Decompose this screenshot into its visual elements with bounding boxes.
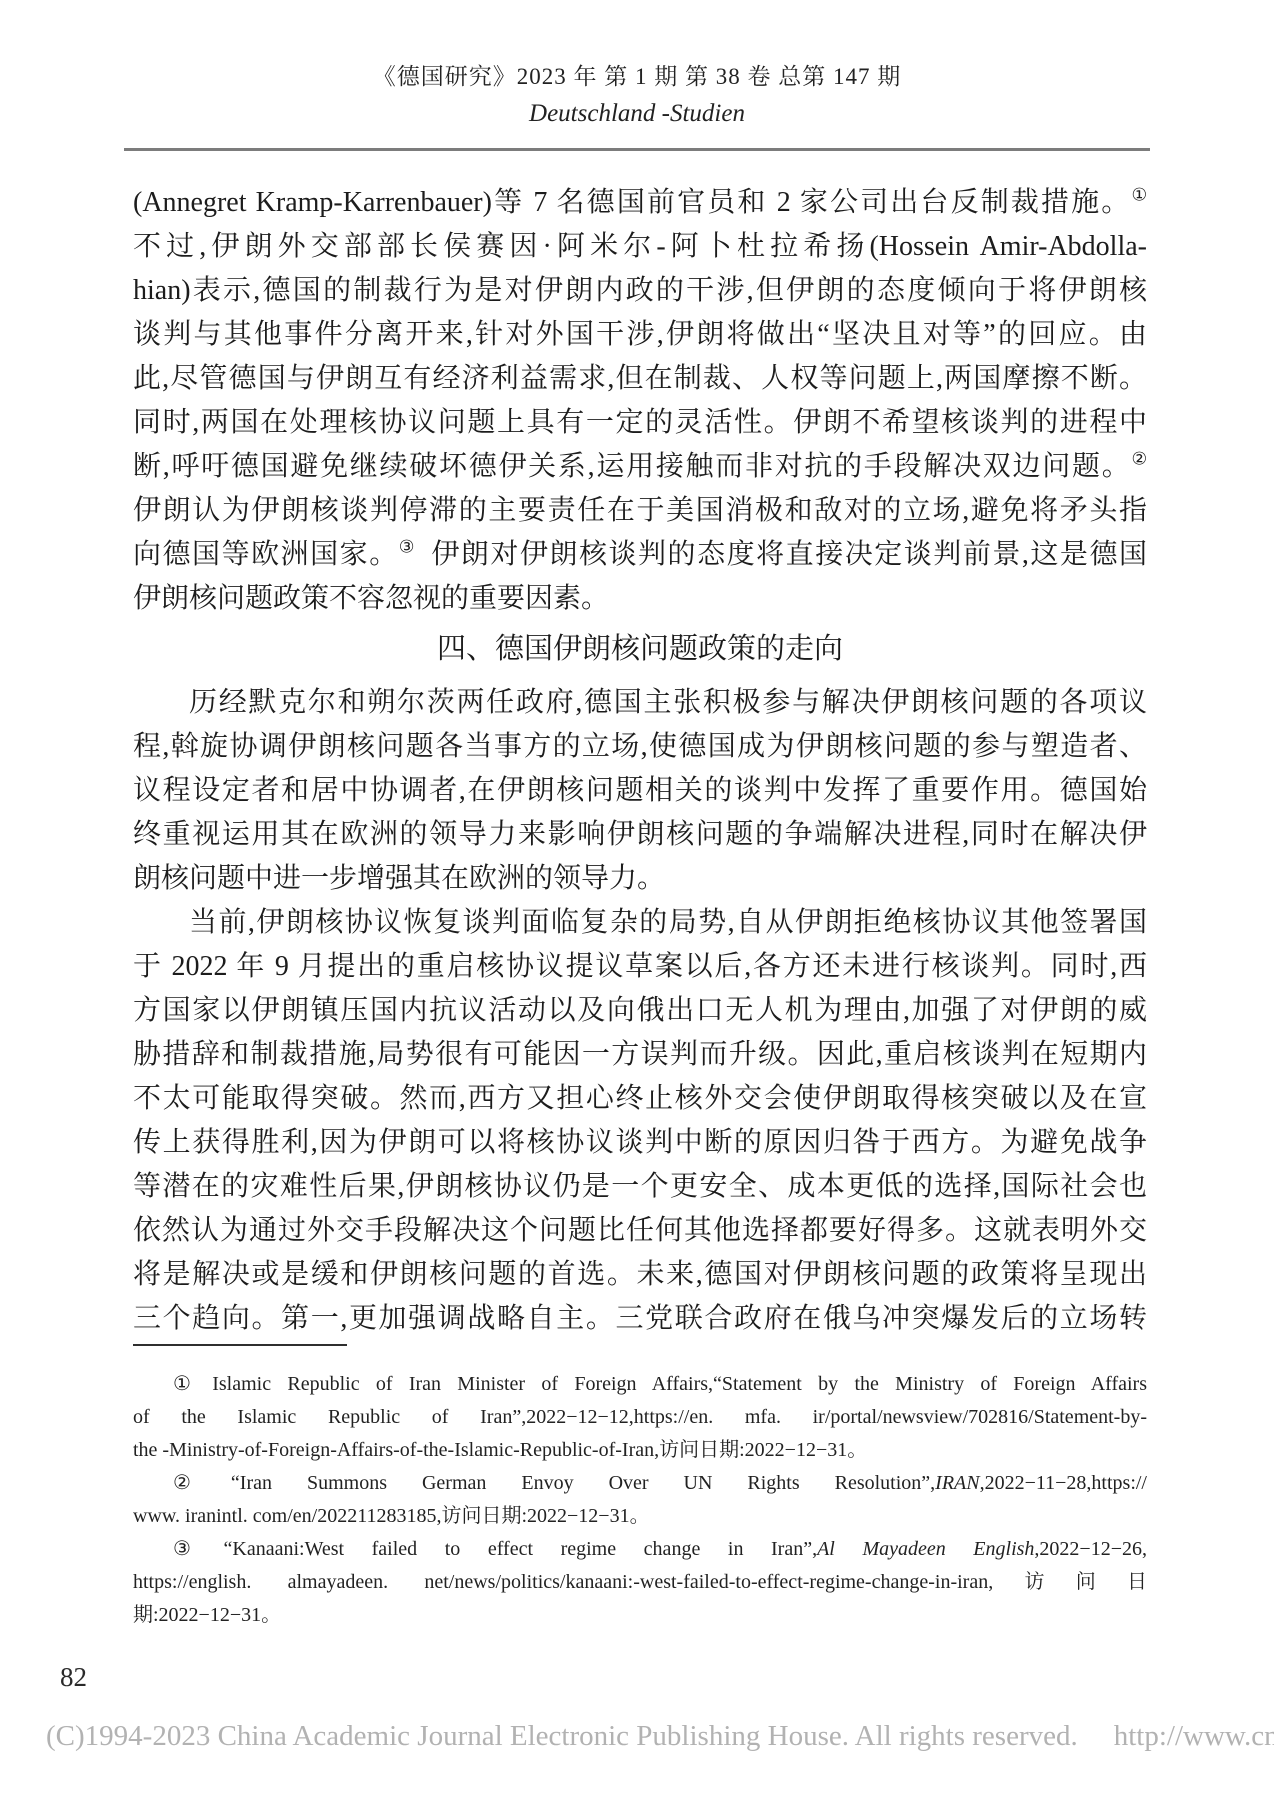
body-line: 伊朗核问题政策不容忽视的重要因素。 [133,577,1147,621]
header-rule [124,148,1150,151]
body-line: 当前,伊朗核协议恢复谈判面临复杂的局势,自从伊朗拒绝核协议其他签署国 [133,901,1147,945]
footnote-line: ③ “Kanaani:West failed to effect regime … [133,1533,1147,1566]
body-line: 同时,两国在处理核协议问题上具有一定的灵活性。伊朗不希望核谈判的进程中 [133,401,1147,445]
body-line: 胁措辞和制裁措施,局势很有可能因一方误判而升级。因此,重启核谈判在短期内 [133,1033,1147,1077]
paragraph-2: 历经默克尔和朔尔茨两任政府,德国主张积极参与解决伊朗核问题的各项议程,斡旋协调伊… [133,681,1147,901]
body-line: 于 2022 年 9 月提出的重启核协议提议草案以后,各方还未进行核谈判。同时,… [133,945,1147,989]
body-line: 依然认为通过外交手段解决这个问题比任何其他选择都要好得多。这就表明外交 [133,1209,1147,1253]
body-line: 方国家以伊朗镇压国内抗议活动以及向俄出口无人机为理由,加强了对伊朗的威 [133,989,1147,1033]
footnote-line: ② “Iran Summons German Envoy Over UN Rig… [133,1467,1147,1500]
body-line: 谈判与其他事件分离开来,针对外国干涉,伊朗将做出“坚决且对等”的回应。由 [133,313,1147,357]
footnote-rule [133,1344,347,1346]
body-line: 等潜在的灾难性后果,伊朗核协议仍是一个更安全、成本更低的选择,国际社会也 [133,1165,1147,1209]
page-number: 82 [60,1662,87,1693]
body-line: 三个趋向。第一,更加强调战略自主。三党联合政府在俄乌冲突爆发后的立场转 [133,1297,1147,1341]
footnote-line: of the Islamic Republic of Iran”,2022−12… [133,1401,1147,1434]
body-line: 议程设定者和居中协调者,在伊朗核问题相关的谈判中发挥了重要作用。德国始 [133,769,1147,813]
page: 《德国研究》2023 年 第 1 期 第 38 卷 总第 147 期 Deuts… [0,0,1274,1798]
body-line: 向德国等欧洲国家。③ 伊朗对伊朗核谈判的态度将直接决定谈判前景,这是德国 [133,533,1147,577]
article-body: (Annegret Kramp-Karrenbauer)等 7 名德国前官员和 … [133,181,1147,1341]
body-line: 不太可能取得突破。然而,西方又担心终止核外交会使伊朗取得核突破以及在宣 [133,1077,1147,1121]
footnote-line: https://english. almayadeen. net/news/po… [133,1566,1147,1599]
journal-subtitle: Deutschland -Studien [0,100,1274,128]
body-line: 此,尽管德国与伊朗互有经济利益需求,但在制裁、人权等问题上,两国摩擦不断。 [133,357,1147,401]
paragraph-1: (Annegret Kramp-Karrenbauer)等 7 名德国前官员和 … [133,181,1147,621]
body-line: hian)表示,德国的制裁行为是对伊朗内政的干涉,但伊朗的态度倾向于将伊朗核 [133,269,1147,313]
paragraph-3: 当前,伊朗核协议恢复谈判面临复杂的局势,自从伊朗拒绝核协议其他签署国于 2022… [133,901,1147,1341]
body-line: 朗核问题中进一步增强其在欧洲的领导力。 [133,857,1147,901]
body-line: 伊朗认为伊朗核谈判停滞的主要责任在于美国消极和敌对的立场,避免将矛头指 [133,489,1147,533]
body-line: 程,斡旋协调伊朗核问题各当事方的立场,使德国成为伊朗核问题的参与塑造者、 [133,725,1147,769]
body-line: 断,呼吁德国避免继续破坏德伊关系,运用接触而非对抗的手段解决双边问题。② [133,445,1147,489]
footer-url: http://www.cnki. [1114,1720,1274,1752]
footnote-line: ① Islamic Republic of Iran Minister of F… [133,1368,1147,1401]
body-line: (Annegret Kramp-Karrenbauer)等 7 名德国前官员和 … [133,181,1147,225]
copyright-footer: (C)1994-2023 China Academic Journal Elec… [46,1720,1274,1753]
footnote-line: the -Ministry-of-Foreign-Affairs-of-the-… [133,1434,1147,1467]
footnote-line: 期:2022−12−31。 [133,1599,1147,1632]
footnote-line: www. iranintl. com/en/202211283185,访问日期:… [133,1500,1147,1533]
footnotes: ① Islamic Republic of Iran Minister of F… [133,1368,1147,1632]
journal-title: 《德国研究》2023 年 第 1 期 第 38 卷 总第 147 期 [0,58,1274,91]
copyright-text: (C)1994-2023 China Academic Journal Elec… [46,1720,1078,1752]
body-line: 不过,伊朗外交部部长侯赛因·阿米尔-阿卜杜拉希扬(Hossein Amir-Ab… [133,225,1147,269]
body-line: 历经默克尔和朔尔茨两任政府,德国主张积极参与解决伊朗核问题的各项议 [133,681,1147,725]
section-heading: 四、德国伊朗核问题政策的走向 [133,627,1147,671]
body-line: 终重视运用其在欧洲的领导力来影响伊朗核问题的争端解决进程,同时在解决伊 [133,813,1147,857]
body-line: 传上获得胜利,因为伊朗可以将核协议谈判中断的原因归咎于西方。为避免战争 [133,1121,1147,1165]
body-line: 将是解决或是缓和伊朗核问题的首选。未来,德国对伊朗核问题的政策将呈现出 [133,1253,1147,1297]
